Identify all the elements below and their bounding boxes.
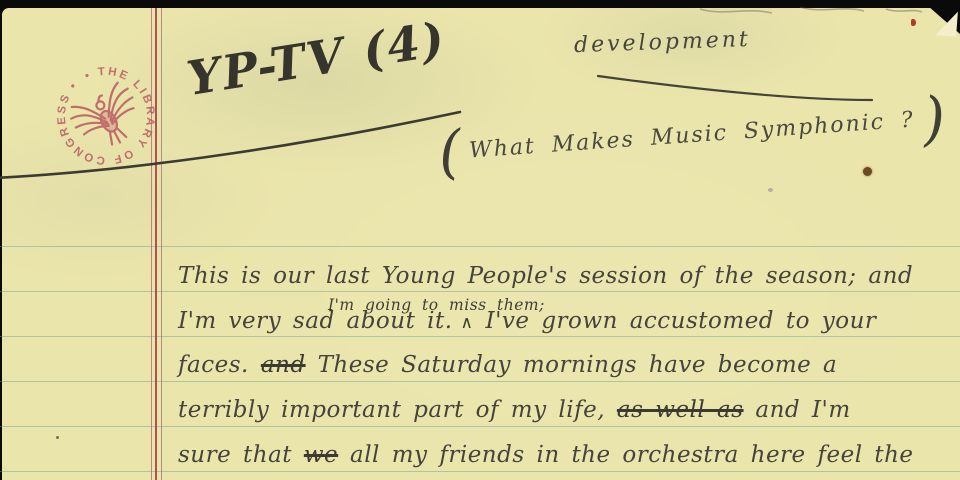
- body-text: faces.: [178, 352, 261, 378]
- body-line-1: This is our last Young People's session …: [178, 263, 913, 289]
- margin-line: [161, 8, 162, 480]
- paper-stain: [768, 188, 773, 192]
- subtitle-close-paren: ): [921, 88, 948, 147]
- margin-line: [151, 8, 152, 480]
- struck-text: and: [261, 352, 306, 378]
- body-text: all my friends in the orchestra here fee…: [338, 442, 913, 468]
- ruled-line: [0, 291, 960, 292]
- body-text: sure that: [178, 442, 304, 468]
- body-text: terribly important part of my life,: [178, 397, 617, 423]
- margin-line: [155, 8, 157, 480]
- caret-mark: ∧: [461, 313, 474, 333]
- paper-stain: [56, 436, 59, 439]
- body-text: I'm very sad about it.: [178, 308, 453, 334]
- ruled-line: [0, 246, 960, 247]
- ruled-line: [0, 336, 960, 337]
- struck-text: as well as: [617, 397, 744, 423]
- paper-stain: [911, 19, 916, 26]
- struck-text: we: [304, 442, 338, 468]
- body-text: and I'm: [744, 397, 851, 423]
- subtitle-open-paren: (: [437, 122, 464, 181]
- body-text: These Saturday mornings have become a: [306, 352, 838, 378]
- body-line-2: I'm very sad about it.∧I've grown accust…: [178, 308, 876, 334]
- ruled-line: [0, 426, 960, 427]
- ruled-line: [0, 381, 960, 382]
- ruled-line: [0, 471, 960, 472]
- scanned-manuscript-page: • THE LIBRARY OF CONGRESS • development …: [0, 0, 960, 480]
- body-line-4: terribly important part of my life, as w…: [178, 397, 851, 423]
- paper-stain: [863, 167, 872, 176]
- body-line-3: faces. and These Saturday mornings have …: [178, 352, 837, 378]
- dog-ear-fold: [935, 10, 958, 36]
- body-line-5: sure that we all my friends in the orche…: [178, 442, 914, 468]
- body-text: I've grown accustomed to your: [486, 308, 877, 334]
- body-text: This is our last Young People's session …: [178, 263, 913, 289]
